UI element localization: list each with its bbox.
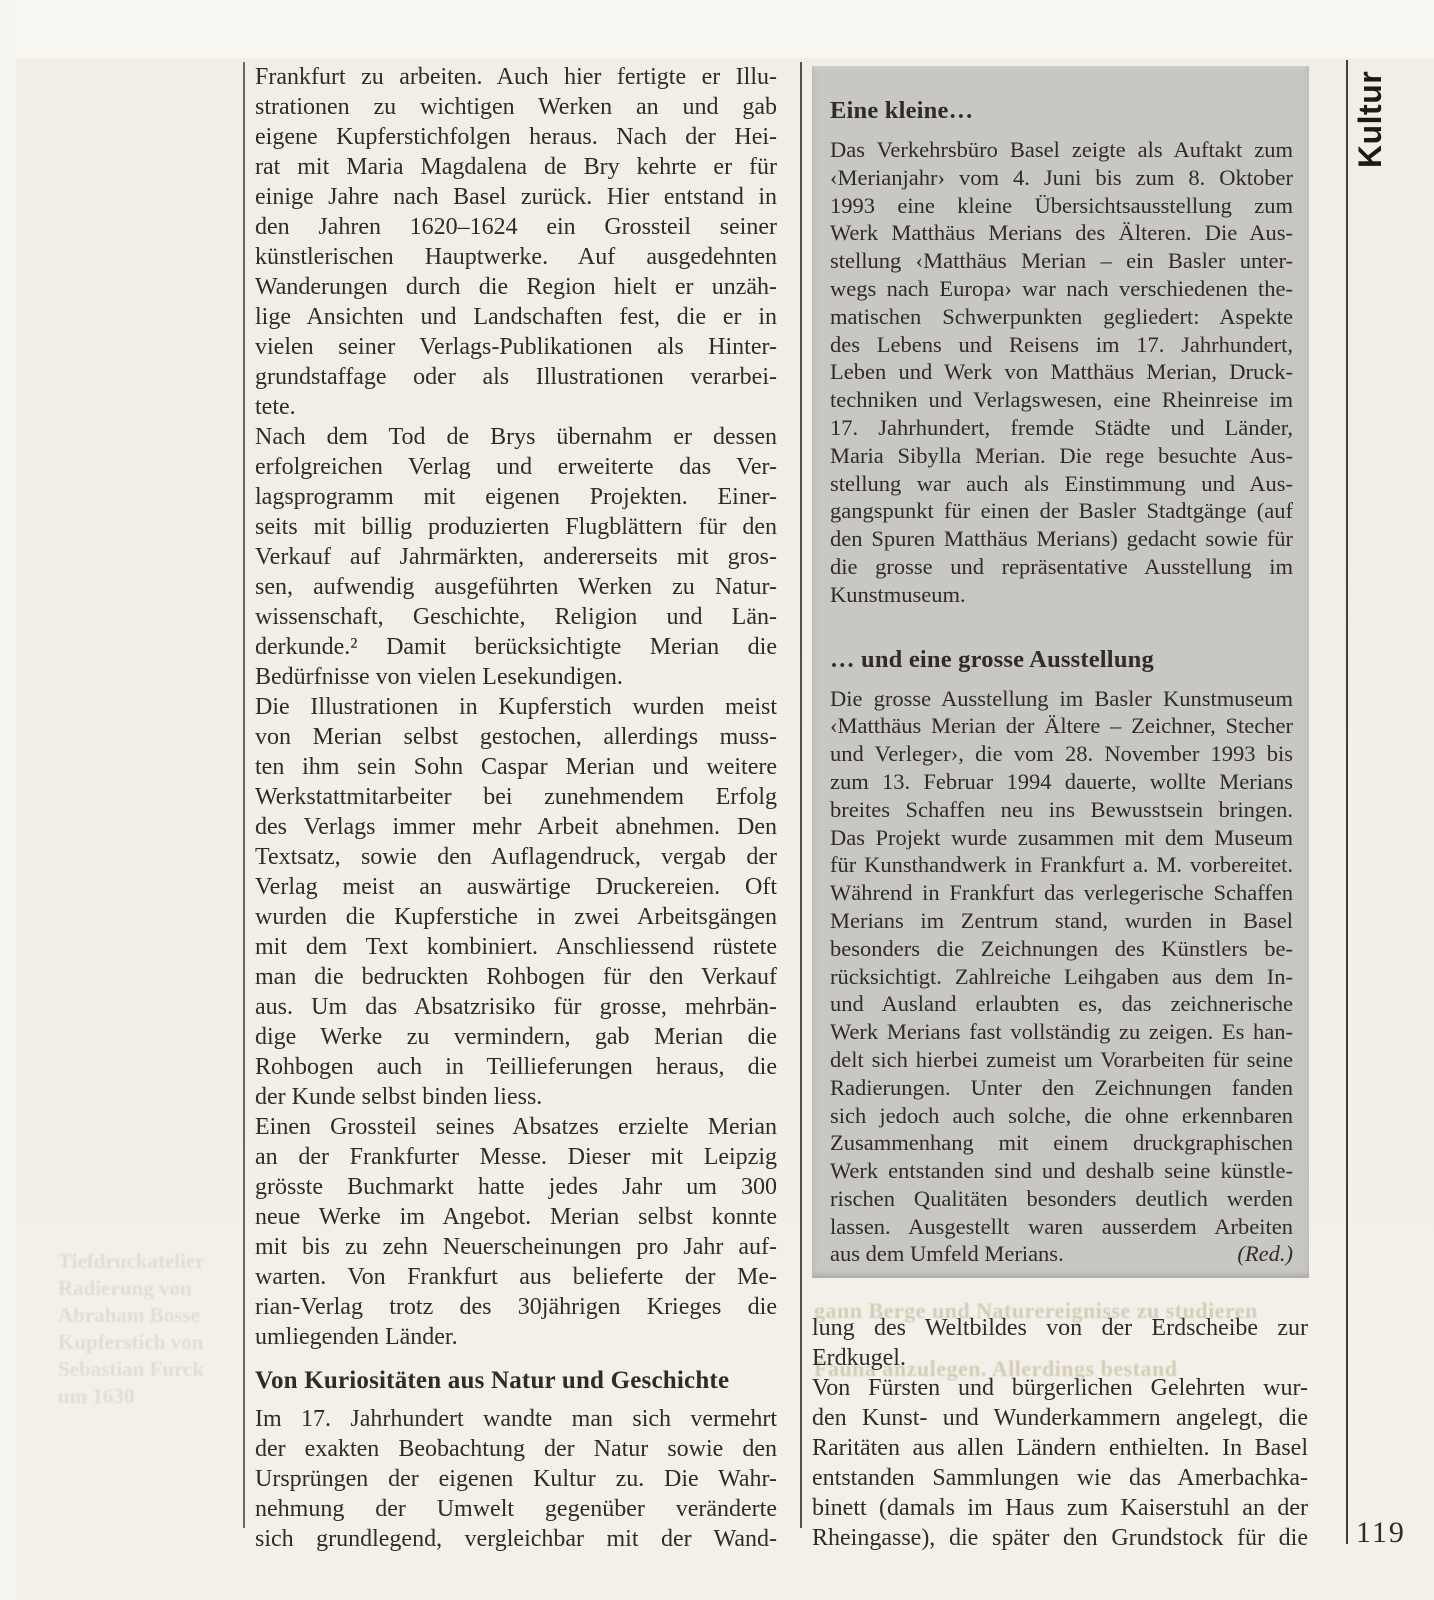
text-line: der exakten Beobachtung der Natur sowie …	[255, 1434, 777, 1464]
text-line: delt sich hierbei zumeist um Vorarbeiten…	[830, 1046, 1293, 1074]
text-line: den Jahren 1620–1624 ein Grossteil seine…	[255, 212, 777, 242]
text-line: Raritäten aus allen Ländern enthielten. …	[812, 1433, 1308, 1463]
page-left-margin	[0, 0, 16, 1600]
text-line: den Kunst- und Wunderkammern angelegt, d…	[812, 1403, 1308, 1433]
text-line: Leben und Werk von Matthäus Merian, Druc…	[830, 358, 1293, 386]
text-line: Von Fürsten und bürgerlichen Gelehrten w…	[812, 1373, 1308, 1403]
text-line: besonders die Zeichnungen des Künstlers …	[830, 935, 1293, 963]
text-line: und Verleger›, die vom 28. November 1993…	[830, 740, 1293, 768]
text-line: Das Projekt wurde zusammen mit dem Museu…	[830, 824, 1293, 852]
text-line: 17. Jahrhundert, fremde Städte und Lände…	[830, 414, 1293, 442]
editorial-signature: (Red.)	[1237, 1240, 1293, 1268]
text-line: Rohbogen auch in Teillieferungen heraus,…	[255, 1052, 777, 1082]
text-line: Im 17. Jahrhundert wandte man sich verme…	[255, 1404, 777, 1434]
text-line: Wanderungen durch die Region hielt er un…	[255, 272, 777, 302]
text-line: strationen zu wichtigen Werken an und ga…	[255, 92, 777, 122]
text-line: ten ihm sein Sohn Caspar Merian und weit…	[255, 752, 777, 782]
text-line: seits mit billig produzierten Flugblätte…	[255, 512, 777, 542]
text-line: sich jedoch auch solche, die ohne erkenn…	[830, 1102, 1293, 1130]
text-line: matischen Schwerpunkten gegliedert: Aspe…	[830, 303, 1293, 331]
info-box-heading-1: Eine kleine…	[830, 96, 1293, 126]
paragraph: Frankfurt zu arbeiten. Auch hier fertigt…	[255, 62, 777, 422]
text-line: ‹Matthäus Merian der Ältere – Zeichner, …	[830, 712, 1293, 740]
text-line: Textsatz, sowie den Auflagendruck, verga…	[255, 842, 777, 872]
left-column-paragraphs-after-heading: Im 17. Jahrhundert wandte man sich verme…	[255, 1404, 777, 1554]
text-line: techniken und Verlagswesen, eine Rheinre…	[830, 386, 1293, 414]
text-line: rat mit Maria Magdalena de Bry kehrte er…	[255, 152, 777, 182]
text-line: Merians im Zentrum stand, wurden in Base…	[830, 907, 1293, 935]
ghost-text-line: Sebastian Furck	[58, 1356, 253, 1383]
text-line: man die bedruckten Rohbogen für den Verk…	[255, 962, 777, 992]
text-line: Werk Matthäus Merians des Älteren. Die A…	[830, 219, 1293, 247]
right-margin-rule	[1346, 60, 1348, 1544]
text-line: Ursprüngen der eigenen Kultur zu. Die Wa…	[255, 1464, 777, 1494]
text-line: Werk entstanden sind und deshalb seine k…	[830, 1157, 1293, 1185]
paragraph: Die grosse Ausstellung im Basler Kunstmu…	[830, 685, 1293, 1269]
text-line: eigene Kupferstichfolgen heraus. Nach de…	[255, 122, 777, 152]
text-line: des Lebens und Reisens im 17. Jahrhunder…	[830, 331, 1293, 359]
page-number: 119	[1356, 1516, 1406, 1550]
text-line: Rheingasse), die später den Grundstock f…	[812, 1523, 1308, 1553]
text-line: Das Verkehrsbüro Basel zeigte als Auftak…	[830, 136, 1293, 164]
text-line: Kunstmuseum.	[830, 581, 1293, 609]
text-line: sich grundlegend, vergleichbar mit der W…	[255, 1524, 777, 1554]
paragraph: Das Verkehrsbüro Basel zeigte als Auftak…	[830, 136, 1293, 609]
ghost-text-line: Radierung von	[58, 1275, 253, 1302]
text-line: breites Schaffen neu ins Bewusstsein bri…	[830, 796, 1293, 824]
text-line: aus. Um das Absatzrisiko für grosse, meh…	[255, 992, 777, 1022]
text-line: wurden die Kupferstiche in zwei Arbeitsg…	[255, 902, 777, 932]
text-line: rücksichtigt. Zahlreiche Leihgaben aus d…	[830, 963, 1293, 991]
text-line: sen, aufwendig ausgeführten Werken zu Na…	[255, 572, 777, 602]
text-line: mit dem Text kombiniert. Anschliessend r…	[255, 932, 777, 962]
text-line: Erdkugel.	[812, 1343, 1308, 1373]
text-line: rian-Verlag trotz des 30jährigen Krieges…	[255, 1292, 777, 1322]
magazine-page: TiefdruckatelierRadierung vonAbraham Bos…	[0, 0, 1434, 1600]
text-line: mit bis zu zehn Neuerscheinungen pro Jah…	[255, 1232, 777, 1262]
text-line: binett (damals im Haus zum Kaiserstuhl a…	[812, 1493, 1308, 1523]
text-line: grösste Buchmarkt hatte jedes Jahr um 30…	[255, 1172, 777, 1202]
text-line: an der Frankfurter Messe. Dieser mit Lei…	[255, 1142, 777, 1172]
text-line: für Kunsthandwerk in Frankfurt a. M. vor…	[830, 851, 1293, 879]
text-line: lige Ansichten und Landschaften fest, di…	[255, 302, 777, 332]
text-line: neue Werke im Angebot. Merian selbst kon…	[255, 1202, 777, 1232]
text-line: derkunde.² Damit berücksichtigte Merian …	[255, 632, 777, 662]
section-label-text: Kultur	[1352, 71, 1389, 168]
text-line: wegs nach Europa› war nach verschiedenen…	[830, 275, 1293, 303]
exhibition-info-box: Eine kleine… Das Verkehrsbüro Basel zeig…	[812, 66, 1309, 1278]
text-line: stellung war auch als Einstimmung und Au…	[830, 470, 1293, 498]
text-line: Zusammenhang mit einem druckgraphischen	[830, 1129, 1293, 1157]
text-line: warten. Von Frankfurt aus belieferte der…	[255, 1262, 777, 1292]
text-line: lagsprogramm mit eigenen Projekten. Eine…	[255, 482, 777, 512]
text-line: Bedürfnisse von vielen Lesekundigen.	[255, 662, 777, 692]
text-line: grundstaffage oder als Illustrationen ve…	[255, 362, 777, 392]
text-line: künstlerischen Hauptwerke. Auf ausgedehn…	[255, 242, 777, 272]
text-line: wissenschaft, Geschichte, Religion und L…	[255, 602, 777, 632]
paragraph: Nach dem Tod de Brys übernahm er dessene…	[255, 422, 777, 692]
center-column-rule	[800, 62, 802, 1528]
text-line: tete.	[255, 392, 777, 422]
text-line: Radierungen. Unter den Zeichnungen fande…	[830, 1074, 1293, 1102]
ghost-text-line: Tiefdruckatelier	[58, 1248, 253, 1275]
text-line: Verlag meist an auswärtige Druckereien. …	[255, 872, 777, 902]
text-line: Nach dem Tod de Brys übernahm er dessen	[255, 422, 777, 452]
info-box-paragraph-1: Das Verkehrsbüro Basel zeigte als Auftak…	[830, 136, 1293, 609]
text-line: von Merian selbst gestochen, allerdings …	[255, 722, 777, 752]
right-text-column: lung des Weltbildes von der Erdscheibe z…	[812, 1313, 1308, 1553]
left-column-paragraphs: Frankfurt zu arbeiten. Auch hier fertigt…	[255, 62, 777, 1352]
paragraph: Von Fürsten und bürgerlichen Gelehrten w…	[812, 1373, 1308, 1553]
text-line: und Ausland erlaubten es, das zeichneris…	[830, 990, 1293, 1018]
text-line: aus dem Umfeld Merians.	[830, 1240, 1064, 1268]
section-heading: Von Kuriositäten aus Natur und Geschicht…	[255, 1366, 777, 1396]
text-line: den Spuren Matthäus Merians) gedacht sow…	[830, 525, 1293, 553]
text-line: stellung ‹Matthäus Merian – ein Basler u…	[830, 247, 1293, 275]
ghost-text-line: um 1630	[58, 1383, 253, 1410]
text-line: ‹Merianjahr› vom 4. Juni bis zum 8. Okto…	[830, 164, 1293, 192]
text-line: entstanden Sammlungen wie das Amerbachka…	[812, 1463, 1308, 1493]
text-line: zum 13. Februar 1994 dauerte, wollte Mer…	[830, 768, 1293, 796]
right-column-paragraphs: lung des Weltbildes von der Erdscheibe z…	[812, 1313, 1308, 1553]
text-line: gangspunkt für einen der Basler Stadtgän…	[830, 497, 1293, 525]
text-line: aus dem Umfeld Merians.(Red.)	[830, 1240, 1293, 1268]
page-top-margin	[0, 0, 1434, 58]
text-line: dige Werke zu vermindern, gab Merian die	[255, 1022, 777, 1052]
section-label-vertical: Kultur	[1352, 168, 1392, 280]
text-line: 1993 eine kleine Übersichtsausstellung z…	[830, 192, 1293, 220]
left-text-column: Frankfurt zu arbeiten. Auch hier fertigt…	[255, 62, 777, 1554]
text-line: vielen seiner Verlags-Publikationen als …	[255, 332, 777, 362]
info-box-heading-2: … und eine grosse Ausstellung	[830, 645, 1293, 675]
text-line: einige Jahre nach Basel zurück. Hier ent…	[255, 182, 777, 212]
text-line: Werkstattmitarbeiter bei zunehmendem Erf…	[255, 782, 777, 812]
text-line: des Verlags immer mehr Arbeit abnehmen. …	[255, 812, 777, 842]
paragraph: Die Illustrationen in Kupferstich wurden…	[255, 692, 777, 1112]
text-line: Einen Grossteil seines Absatzes erzielte…	[255, 1112, 777, 1142]
text-line: Verkauf auf Jahrmärkten, andererseits mi…	[255, 542, 777, 572]
text-line: Werk Merians fast vollständig zu zeigen.…	[830, 1018, 1293, 1046]
text-line: rischen Qualitäten besonders deutlich we…	[830, 1185, 1293, 1213]
info-box-paragraph-2: Die grosse Ausstellung im Basler Kunstmu…	[830, 685, 1293, 1269]
text-line: lung des Weltbildes von der Erdscheibe z…	[812, 1313, 1308, 1343]
text-line: Während in Frankfurt das verlegerische S…	[830, 879, 1293, 907]
text-line: Frankfurt zu arbeiten. Auch hier fertigt…	[255, 62, 777, 92]
paragraph: Im 17. Jahrhundert wandte man sich verme…	[255, 1404, 777, 1554]
paragraph: Einen Grossteil seines Absatzes erzielte…	[255, 1112, 777, 1352]
text-line: lassen. Ausgestellt waren ausserdem Arbe…	[830, 1213, 1293, 1241]
text-line: Maria Sibylla Merian. Die rege besuchte …	[830, 442, 1293, 470]
ghost-text-line: Abraham Bosse	[58, 1302, 253, 1329]
paragraph: lung des Weltbildes von der Erdscheibe z…	[812, 1313, 1308, 1373]
text-line: umliegenden Länder.	[255, 1322, 777, 1352]
text-line: die grosse und repräsentative Ausstellun…	[830, 553, 1293, 581]
ghost-text-line: Kupferstich von	[58, 1329, 253, 1356]
text-line: erfolgreichen Verlag und erweiterte das …	[255, 452, 777, 482]
text-line: der Kunde selbst binden liess.	[255, 1082, 777, 1112]
show-through-caption: TiefdruckatelierRadierung vonAbraham Bos…	[58, 1248, 253, 1410]
text-line: Die Illustrationen in Kupferstich wurden…	[255, 692, 777, 722]
text-line: nehmung der Umwelt gegenüber veränderte	[255, 1494, 777, 1524]
text-line: Die grosse Ausstellung im Basler Kunstmu…	[830, 685, 1293, 713]
